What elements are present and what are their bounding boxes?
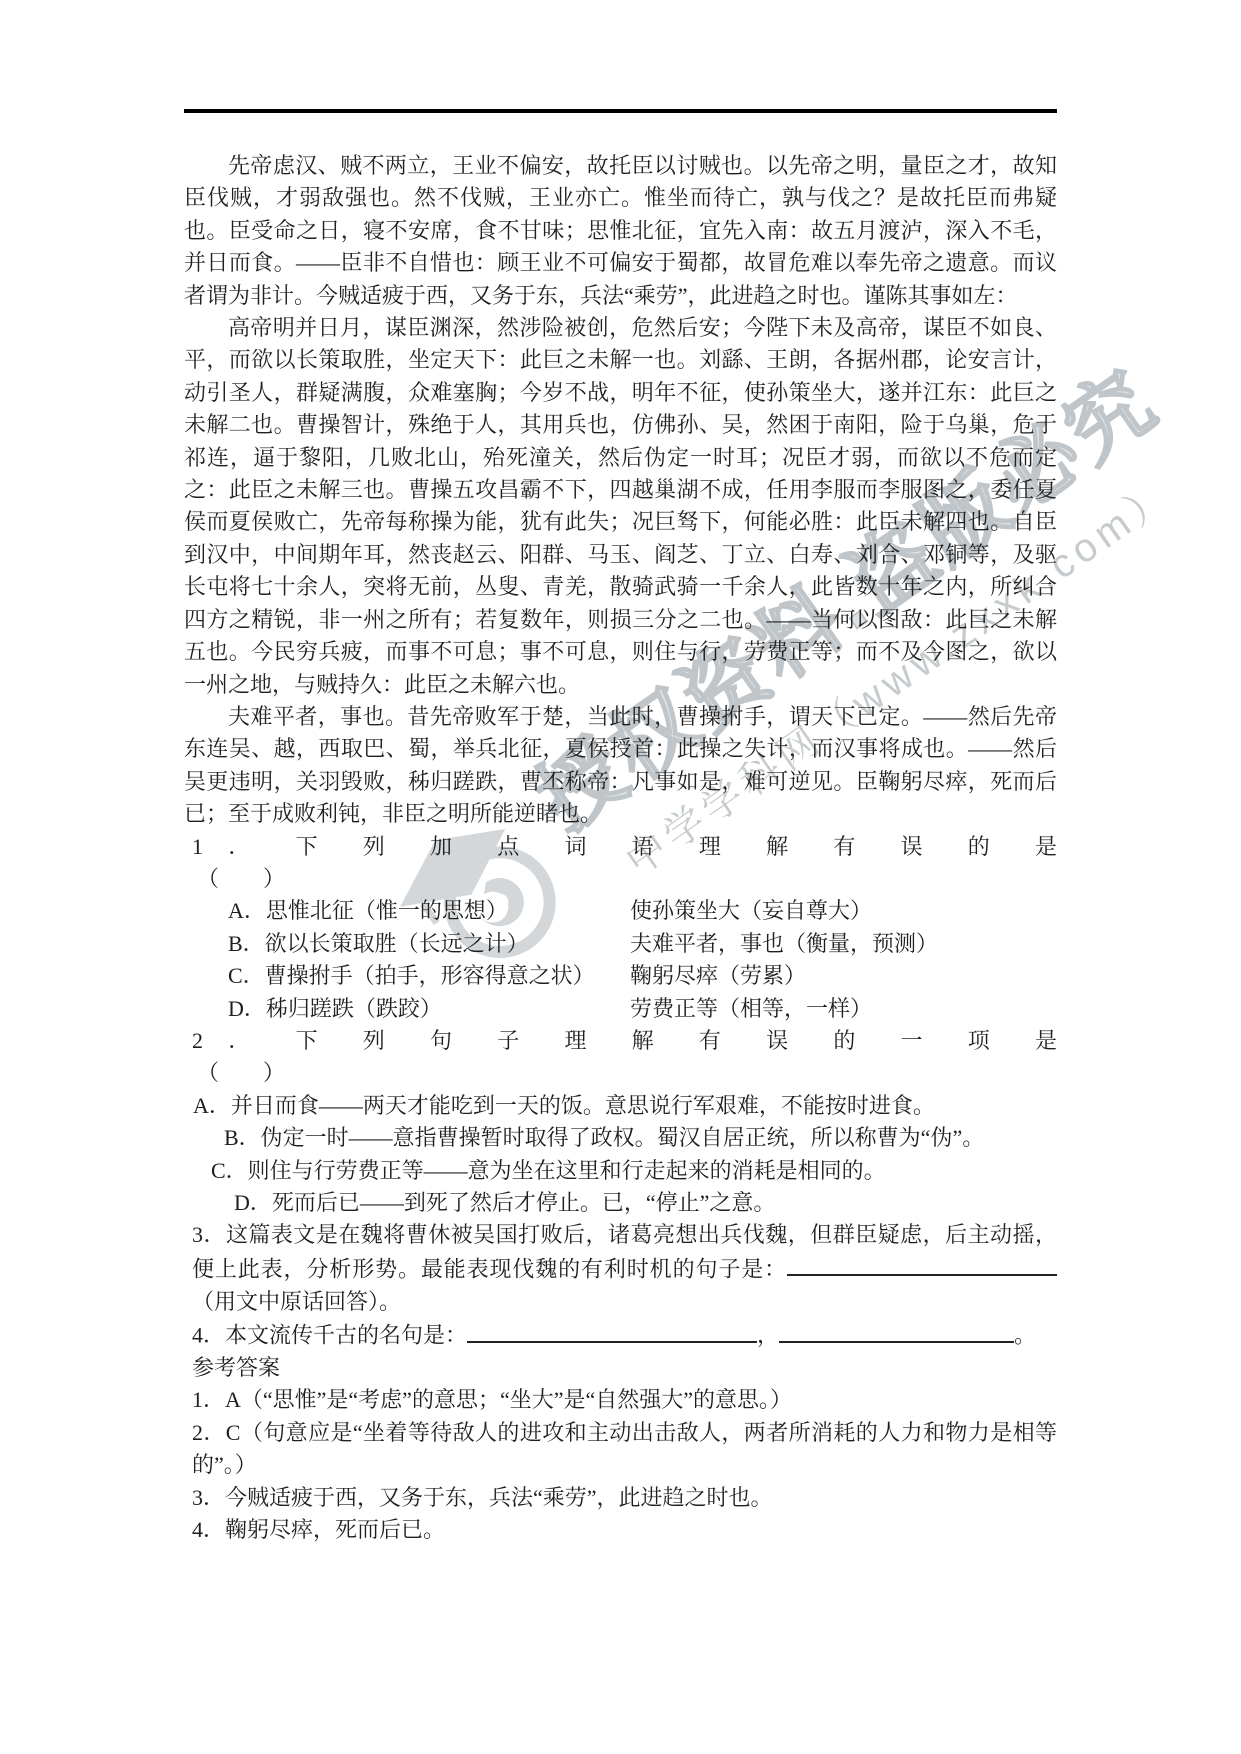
paragraph-1: 先帝虑汉、贼不两立，王业不偏安，故托臣以讨贼也。以先帝之明，量臣之才，故知臣伐贼…: [184, 150, 1057, 312]
document-page: 授权资料.盗版必究 中学学科网（www.zxxk.com） 先帝虑汉、贼不两立，…: [0, 0, 1241, 1754]
q2-option-a: A．并日而食——两天才能吃到一天的饭。意思说行军艰难，不能按时进食。: [184, 1090, 1057, 1122]
q4-text: 4．本文流传千古的名句是：: [192, 1323, 467, 1348]
paragraph-2: 高帝明并日月，谋臣渊深，然涉险被创，危然后安；今陛下未及高帝，谋臣不如良、平，而…: [184, 312, 1057, 701]
q1-option-a: A．思惟北征（惟一的思想） 使孙策坐大（妄自尊大）: [184, 895, 1057, 927]
q4-comma: ，: [757, 1323, 779, 1348]
document-body: 先帝虑汉、贼不两立，王业不偏安，故托臣以讨贼也。以先帝之明，量臣之才，故知臣伐贼…: [184, 150, 1057, 1546]
answers-heading: 参考答案: [184, 1352, 1057, 1384]
q4-blank-line-2: [779, 1318, 1014, 1342]
q1-option-a-right: 使孙策坐大（妄自尊大）: [630, 895, 1057, 927]
q1-option-a-left: A．思惟北征（惟一的思想）: [228, 895, 630, 927]
q4-period: 。: [1014, 1323, 1036, 1348]
q2-option-d: D．死而后已——到死了然后才停止。已，“停止”之意。: [184, 1187, 1057, 1219]
q1-option-b-right: 夫难平者，事也（衡量，预测）: [630, 928, 1057, 960]
answer-1: 1．A（“思惟”是“考虑”的意思；“坐大”是“自然强大”的意思。）: [184, 1384, 1057, 1416]
q1-option-c: C．曹操拊手（拍手，形容得意之状） 鞠躬尽瘁（劳累）: [184, 960, 1057, 992]
q2-option-c: C．则住与行劳费正等——意为坐在这里和行走起来的消耗是相同的。: [184, 1155, 1057, 1187]
question-4: 4．本文流传千古的名句是：，。: [184, 1318, 1057, 1352]
question-1-stem: 1 ． 下 列 加 点 词 语 理 解 有 误 的 是: [184, 831, 1057, 863]
q3-text-after: （用文中原话回答）。: [192, 1289, 401, 1314]
answer-3: 3．今贼适疲于西，又务于东，兵法“乘劳”，此进趋之时也。: [184, 1482, 1057, 1514]
question-3: 3．这篇表文是在魏将曹休被吴国打败后，诸葛亮想出兵伐魏，但群臣疑虑，后主动摇，便…: [184, 1219, 1057, 1318]
top-rule: [184, 109, 1057, 113]
q1-option-d-right: 劳费正等（相等，一样）: [630, 993, 1057, 1025]
question-2-stem: 2 ． 下 列 句 子 理 解 有 误 的 一 项 是: [184, 1025, 1057, 1057]
question-2-answer-paren: （ ）: [184, 1057, 1057, 1089]
q1-option-d: D．秭归蹉跌（跌跤） 劳费正等（相等，一样）: [184, 993, 1057, 1025]
q2-option-b: B．伪定一时——意指曹操暂时取得了政权。蜀汉自居正统，所以称曹为“伪”。: [184, 1122, 1057, 1154]
question-1-answer-paren: （ ）: [184, 863, 1057, 895]
answer-2: 2．C（句意应是“坐着等待敌人的进攻和主动出击敌人，两者所消耗的人力和物力是相等…: [184, 1417, 1057, 1482]
q3-blank-line: [787, 1252, 1057, 1276]
q1-option-c-right: 鞠躬尽瘁（劳累）: [630, 960, 1057, 992]
answer-4: 4．鞠躬尽瘁，死而后已。: [184, 1514, 1057, 1546]
q4-blank-line-1: [467, 1318, 757, 1342]
q1-option-c-left: C．曹操拊手（拍手，形容得意之状）: [228, 960, 630, 992]
paragraph-3: 夫难平者，事也。昔先帝败军于楚，当此时，曹操拊手，谓天下已定。——然后先帝东连吴…: [184, 701, 1057, 831]
q1-option-d-left: D．秭归蹉跌（跌跤）: [228, 993, 630, 1025]
q1-option-b-left: B．欲以长策取胜（长远之计）: [228, 928, 630, 960]
q1-option-b: B．欲以长策取胜（长远之计） 夫难平者，事也（衡量，预测）: [184, 928, 1057, 960]
